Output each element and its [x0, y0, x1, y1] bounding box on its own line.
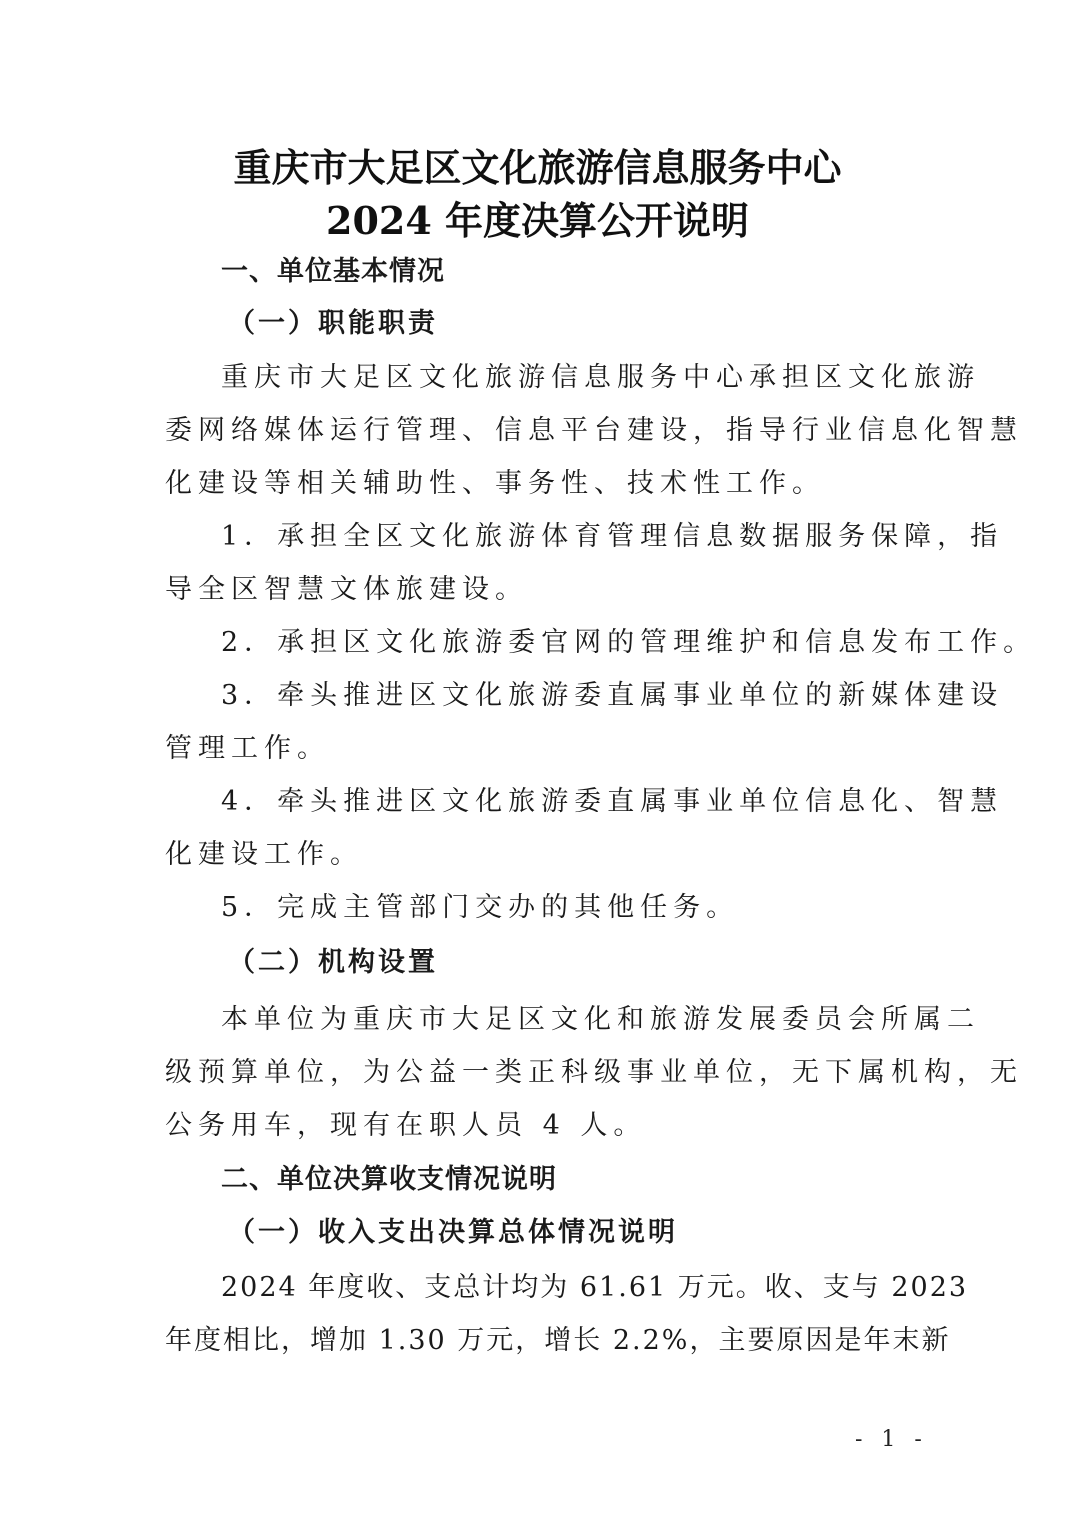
document-title-line1: 重庆市大足区文化旅游信息服务中心 — [0, 137, 1075, 192]
paragraph-line: 重庆市大足区文化旅游信息服务中心承担区文化旅游 — [221, 358, 971, 398]
list-item: 1．承担全区文化旅游体育管理信息数据服务保障，指 — [221, 517, 971, 557]
section1-heading: 一、单位基本情况 — [221, 252, 971, 292]
paragraph-line: 本单位为重庆市大足区文化和旅游发展委员会所属二 — [221, 1000, 971, 1040]
list-item: 4．牵头推进区文化旅游委直属事业单位信息化、智慧 — [221, 782, 971, 822]
list-item: 3．牵头推进区文化旅游委直属事业单位的新媒体建设 — [221, 676, 971, 716]
list-item-continuation: 导全区智慧文体旅建设。 — [165, 570, 915, 610]
list-item-continuation: 化建设工作。 — [165, 835, 915, 875]
paragraph-line: 2024 年度收、支总计均为 61.61 万元。收、支与 2023 — [221, 1268, 971, 1308]
section2-sub1-heading: （一）收入支出决算总体情况说明 — [228, 1213, 978, 1253]
document-title-line2: 2024 年度决算公开说明 — [0, 190, 1075, 245]
paragraph-line: 公务用车，现有在职人员 4 人。 — [165, 1106, 915, 1146]
list-item: 2．承担区文化旅游委官网的管理维护和信息发布工作。 — [221, 623, 971, 663]
page-number: - 1 - — [855, 1427, 928, 1452]
list-item-continuation: 管理工作。 — [165, 729, 915, 769]
section1-sub1-heading: （一）职能职责 — [228, 304, 978, 344]
document-page: 重庆市大足区文化旅游信息服务中心 2024 年度决算公开说明 一、单位基本情况 … — [0, 0, 1075, 1520]
list-item: 5．完成主管部门交办的其他任务。 — [221, 888, 971, 928]
section1-sub2-heading: （二）机构设置 — [228, 943, 978, 983]
section2-heading: 二、单位决算收支情况说明 — [221, 1160, 971, 1200]
paragraph-line: 年度相比，增加 1.30 万元，增长 2.2%，主要原因是年末新 — [165, 1321, 915, 1361]
paragraph-line: 委网络媒体运行管理、信息平台建设，指导行业信息化智慧 — [165, 411, 915, 451]
paragraph-line: 化建设等相关辅助性、事务性、技术性工作。 — [165, 464, 915, 504]
paragraph-line: 级预算单位，为公益一类正科级事业单位，无下属机构，无 — [165, 1053, 915, 1093]
